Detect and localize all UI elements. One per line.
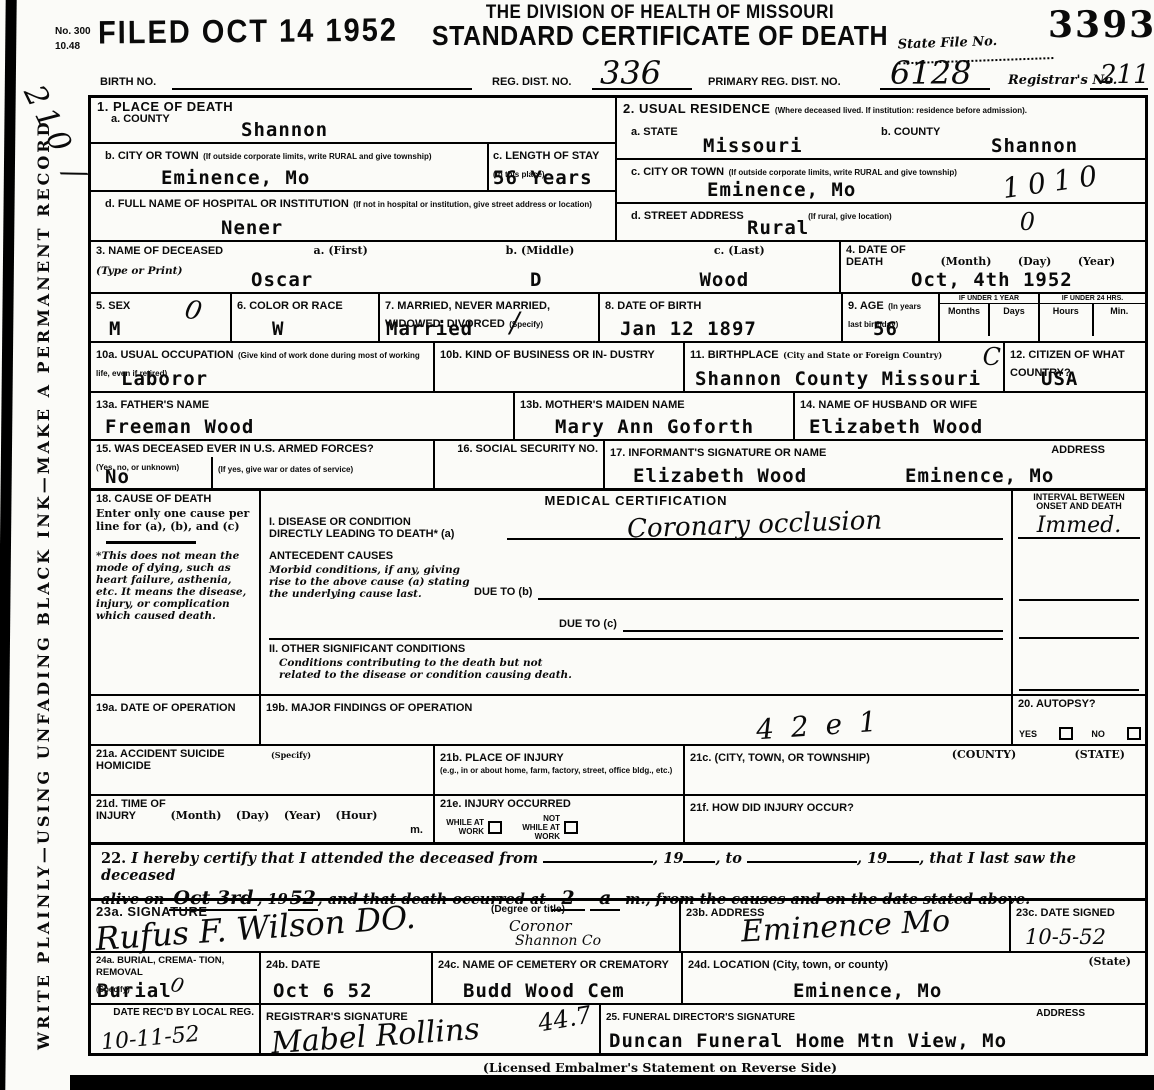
section-spouse: 14. NAME OF HUSBAND OR WIFE Elizabeth Wo…	[793, 393, 1145, 439]
injury-county-label: (COUNTY)	[952, 749, 1016, 761]
under-24-hrs-label: IF UNDER 24 HRS.	[1040, 294, 1145, 304]
date-received-label: DATE REC'D BY LOCAL REG.	[96, 1007, 254, 1019]
accident-label: 21a. ACCIDENT SUICIDE HOMICIDE	[96, 748, 256, 772]
scan-edge-bottom	[70, 1075, 1154, 1090]
armed-forces-value: No	[105, 466, 130, 488]
section-race: 6. COLOR OR RACE W	[230, 294, 378, 341]
section-father: 13a. FATHER'S NAME Freeman Wood	[91, 393, 513, 439]
street-address-value: Rural	[747, 217, 809, 239]
occupation-label: 10a. USUAL OCCUPATION	[96, 349, 234, 361]
reg-dist-value: 336	[600, 54, 661, 92]
section-autopsy: 20. AUTOPSY? YES NO	[1011, 696, 1145, 744]
cemetery-label: 24c. NAME OF CEMETERY OR CREMATORY	[438, 959, 669, 971]
antecedent-note: Morbid conditions, if any, giving rise t…	[269, 564, 474, 600]
cause-note2: *This does not mean the mode of dying, s…	[96, 550, 254, 622]
business-label: 10b. KIND OF BUSINESS OR IN- DUSTRY	[440, 349, 655, 361]
row-burial: 24a. BURIAL, CREMA- TION, REMOVAL (Speci…	[91, 951, 1145, 1003]
funeral-director-value: Duncan Funeral Home Mtn View, Mo	[609, 1030, 1007, 1052]
sex-scribble: 0	[183, 295, 205, 328]
margin-scribble: 210 /	[16, 80, 94, 191]
usual-residence-note: (Where deceased lived. If institution: r…	[775, 106, 1027, 115]
section-date-of-operation: 19a. DATE OF OPERATION	[91, 696, 259, 744]
row-medical-certification: 18. CAUSE OF DEATH Enter only one cause …	[91, 488, 1145, 694]
not-while-at-work-label: NOT WHILE AT WORK	[516, 814, 560, 841]
city-note: (If outside corporate limits, write RURA…	[203, 152, 431, 161]
place-of-death-label: 1. PLACE OF DEATH	[97, 101, 609, 113]
street-address-scribble: 0	[1020, 208, 1035, 236]
due-to-c-label: DUE TO (c)	[559, 618, 617, 630]
section-date-signed: 23c. DATE SIGNED 10-5-52	[1009, 901, 1145, 951]
row-operation: 19a. DATE OF OPERATION 19b. MAJOR FINDIN…	[91, 694, 1145, 744]
other-significant-conditions-label: II. OTHER SIGNIFICANT CONDITIONS	[269, 643, 1003, 655]
row-registrar: DATE REC'D BY LOCAL REG. 10-11-52 REGIST…	[91, 1003, 1145, 1053]
interval-blank-b	[1019, 599, 1139, 601]
other-significant-conditions-note: Conditions contributing to the death but…	[279, 657, 579, 681]
due-to-b-label: DUE TO (b)	[474, 586, 532, 598]
certify-seg2: , 19	[653, 850, 683, 867]
section-injury-location: 21c. (CITY, TOWN, OR TOWNSHIP) (COUNTY) …	[683, 746, 1145, 794]
sidebar-divider	[106, 541, 196, 544]
document-title: STANDARD CERTIFICATE OF DEATH	[330, 21, 990, 53]
disease-condition-label-line1: I. DISEASE OR CONDITION	[269, 516, 507, 528]
residence-city-note: (If outside corporate limits, write RURA…	[729, 168, 957, 177]
date-received-value: 10-11-52	[100, 1022, 201, 1056]
hours-label: Hours	[1040, 304, 1092, 336]
reg-dist-label: REG. DIST. NO.	[492, 76, 571, 88]
death-certificate-page: WRITE PLAINLY—USING UNFADING BLACK INK—M…	[0, 0, 1154, 1090]
time-of-injury-label: 21d. TIME OF INJURY	[96, 798, 166, 822]
section-cause-of-death-sidebar: 18. CAUSE OF DEATH Enter only one cause …	[91, 491, 259, 694]
certify-to-blank	[747, 861, 857, 863]
while-at-work-label: WHILE AT WORK	[440, 818, 484, 836]
ssn-label: 16. SOCIAL SECURITY NO.	[440, 443, 598, 455]
burial-location-state-label: (State)	[1088, 956, 1131, 968]
county-label: a. COUNTY	[111, 113, 609, 125]
date-of-operation-label: 19a. DATE OF OPERATION	[96, 702, 236, 714]
row-occupation: 10a. USUAL OCCUPATION (Give kind of work…	[91, 341, 1145, 391]
section-informant: 17. INFORMANT'S SIGNATURE OR NAME ADDRES…	[603, 441, 1145, 488]
reg-dist-blank	[592, 88, 692, 90]
primary-reg-value: 6128	[890, 54, 971, 92]
residence-city-value: Eminence, Mo	[707, 179, 856, 201]
interval-blank-d	[1019, 689, 1139, 691]
not-while-at-work-checkbox	[564, 821, 578, 834]
how-injury-occurred-label: 21f. HOW DID INJURY OCCUR?	[690, 802, 854, 814]
date-of-birth-value: Jan 12 1897	[620, 318, 757, 340]
physician-address-value: Eminence Mo	[740, 904, 951, 950]
row-injury-1: 21a. ACCIDENT SUICIDE HOMICIDE (Specify)…	[91, 744, 1145, 794]
death-day-label: (Day)	[1018, 255, 1051, 268]
injury-m-label: m.	[410, 824, 423, 836]
length-of-stay-label: c. LENGTH OF STAY	[493, 150, 599, 162]
father-label: 13a. FATHER'S NAME	[96, 399, 209, 411]
county-value: Shannon	[241, 119, 328, 141]
street-address-label: d. STREET ADDRESS	[631, 210, 744, 222]
residence-state-label: a. STATE	[631, 126, 678, 138]
section-cemetery: 24c. NAME OF CEMETERY OR CREMATORY Budd …	[431, 953, 681, 1003]
death-month-label: (Month)	[940, 255, 991, 268]
section-mother: 13b. MOTHER'S MAIDEN NAME Mary Ann Gofor…	[513, 393, 793, 439]
due-to-c-blank	[623, 614, 1003, 632]
date-of-death-value: Oct, 4th 1952	[911, 269, 1073, 291]
date-of-birth-label: 8. DATE OF BIRTH	[605, 300, 701, 312]
marital-scribble: /	[510, 306, 519, 339]
form-number-line1: No. 300	[55, 24, 91, 39]
certify-seg3: , to	[715, 850, 741, 867]
burial-location-value: Eminence, Mo	[793, 980, 942, 1002]
cause-of-death-label: 18. CAUSE OF DEATH	[96, 493, 254, 505]
margin-instruction: WRITE PLAINLY—USING UNFADING BLACK INK—M…	[34, 182, 53, 1050]
row-vitals: 5. SEX 0 M 6. COLOR OR RACE W 7. MARRIED…	[91, 292, 1145, 341]
burial-value: Burial	[97, 980, 172, 1002]
informant-name-value: Elizabeth Wood	[633, 465, 807, 487]
row-place-residence: 1. PLACE OF DEATH a. COUNTY Shannon b. C…	[91, 98, 1145, 240]
autopsy-no-checkbox	[1127, 727, 1141, 740]
citizen-value: USA	[1041, 368, 1078, 390]
birth-no-label: BIRTH NO.	[100, 76, 156, 88]
father-value: Freeman Wood	[105, 416, 254, 438]
interval-value: Immed.	[1037, 513, 1122, 538]
section-funeral-director: 25. FUNERAL DIRECTOR'S SIGNATURE ADDRESS…	[599, 1005, 1145, 1053]
section-injury-occurred: 21e. INJURY OCCURRED WHILE AT WORK NOT W…	[433, 796, 683, 842]
registrars-no-value: 211	[1100, 60, 1150, 90]
primary-reg-blank	[880, 88, 990, 90]
informant-label: 17. INFORMANT'S SIGNATURE OR NAME	[610, 447, 826, 459]
injury-day-label: (Day)	[236, 809, 269, 822]
death-year-label: (Year)	[1078, 255, 1115, 268]
length-of-stay-value: 56 Years	[493, 167, 593, 189]
section-burial-location: 24d. LOCATION (City, town, or county) (S…	[681, 953, 1145, 1003]
header: No. 300 10.48 FILED OCT 14 1952 THE DIVI…	[0, 0, 1154, 95]
burial-date-label: 24b. DATE	[266, 959, 320, 971]
while-at-work-checkbox	[488, 821, 502, 834]
middle-name-label: b. (Middle)	[443, 245, 636, 257]
date-of-death-label: 4. DATE OF DEATH	[846, 244, 910, 268]
first-name-label: a. (First)	[244, 245, 437, 257]
section-burial-type: 24a. BURIAL, CREMA- TION, REMOVAL (Speci…	[91, 953, 259, 1003]
funeral-director-label: 25. FUNERAL DIRECTOR'S SIGNATURE	[606, 1012, 795, 1023]
cause-of-death-value: Coronary occlusion	[627, 506, 883, 545]
sex-value: M	[109, 318, 121, 340]
row-family: 13a. FATHER'S NAME Freeman Wood 13b. MOT…	[91, 391, 1145, 439]
burial-location-label: 24d. LOCATION (City, town, or county)	[688, 959, 888, 971]
place-of-injury-note: (e.g., in or about home, farm, factory, …	[440, 766, 678, 775]
section-time-of-injury: 21d. TIME OF INJURY (Month) (Day) (Year)…	[91, 796, 433, 842]
residence-city-scribble: 1010	[1000, 158, 1107, 205]
injury-occurred-label: 21e. INJURY OCCURRED	[440, 798, 678, 810]
certify-from-blank	[543, 861, 653, 863]
residence-city-label: c. CITY OR TOWN	[631, 166, 724, 178]
residence-county-label: b. COUNTY	[881, 126, 940, 138]
degree-value-line2: Shannon Co	[515, 933, 601, 949]
birthplace-value: Shannon County Missouri	[695, 368, 981, 390]
due-to-b-blank	[538, 582, 1003, 600]
major-findings-scribble: 4 2 e 1	[755, 705, 882, 747]
section-armed-forces: 15. WAS DECEASED EVER IN U.S. ARMED FORC…	[91, 441, 433, 488]
city-label: b. CITY OR TOWN	[105, 150, 199, 162]
injury-month-label: (Month)	[170, 809, 221, 822]
row-injury-2: 21d. TIME OF INJURY (Month) (Day) (Year)…	[91, 794, 1145, 842]
registrars-no-blank	[1090, 88, 1148, 90]
informant-address-value: Eminence, Mo	[905, 465, 1054, 487]
interval-blank-c	[1019, 637, 1139, 639]
section-marital-status: 7. MARRIED, NEVER MARRIED, WIDOWED, DIVO…	[378, 294, 598, 341]
mother-label: 13b. MOTHER'S MAIDEN NAME	[520, 399, 685, 411]
marital-value: Married	[386, 318, 473, 340]
under-1-year-label: IF UNDER 1 YEAR	[940, 294, 1038, 304]
injury-hour-label: (Hour)	[336, 809, 378, 822]
race-label: 6. COLOR OR RACE	[237, 300, 343, 312]
section-name-of-deceased: 3. NAME OF DECEASED (Type or Print) a. (…	[91, 242, 839, 292]
residence-county-value: Shannon	[991, 135, 1078, 157]
section-occupation: 10a. USUAL OCCUPATION (Give kind of work…	[91, 343, 433, 391]
row-service-informant: 15. WAS DECEASED EVER IN U.S. ARMED FORC…	[91, 439, 1145, 488]
cemetery-value: Budd Wood Cem	[463, 980, 625, 1002]
funeral-director-address-label: ADDRESS	[1036, 1008, 1085, 1020]
section-accident-suicide-homicide: 21a. ACCIDENT SUICIDE HOMICIDE (Specify)	[91, 746, 433, 794]
injury-state-label: (STATE)	[1075, 749, 1125, 761]
months-label: Months	[940, 304, 988, 336]
age-value: 56	[873, 318, 898, 340]
usual-residence-label: 2. USUAL RESIDENCE	[623, 101, 770, 116]
certify-year1-blank	[683, 861, 715, 863]
medical-certification-title: MEDICAL CERTIFICATION	[269, 493, 1003, 508]
middle-name-value: D	[530, 269, 542, 291]
section-place-of-death: 1. PLACE OF DEATH a. COUNTY Shannon b. C…	[91, 98, 615, 240]
row-name-deathdate: 3. NAME OF DECEASED (Type or Print) a. (…	[91, 240, 1145, 292]
autopsy-yes-checkbox	[1059, 727, 1073, 740]
registration-line: BIRTH NO. REG. DIST. NO. 336 PRIMARY REG…	[100, 58, 1150, 94]
section-sex: 5. SEX 0 M	[91, 294, 230, 341]
section-registrar-signature: REGISTRAR'S SIGNATURE Mabel Rollins 44.7	[259, 1005, 599, 1053]
major-findings-label: 19b. MAJOR FINDINGS OF OPERATION	[266, 702, 472, 714]
section-age-under-24-hrs: IF UNDER 24 HRS. Hours Min.	[1038, 294, 1145, 341]
autopsy-yes-label: YES	[1019, 729, 1037, 739]
certificate-form: 1. PLACE OF DEATH a. COUNTY Shannon b. C…	[88, 95, 1148, 1056]
name-of-deceased-label: 3. NAME OF DECEASED	[96, 245, 236, 257]
city-value: Eminence, Mo	[161, 167, 310, 189]
certify-number: 22.	[101, 850, 126, 867]
section-usual-residence: 2. USUAL RESIDENCE (Where deceased lived…	[615, 98, 1145, 240]
informant-address-label: ADDRESS	[1051, 444, 1105, 456]
place-of-injury-label: 21b. PLACE OF INJURY	[440, 752, 564, 764]
birthplace-note: (City and State or Foreign Country)	[783, 350, 942, 360]
birthplace-scribble: C	[983, 343, 1001, 371]
autopsy-label: 20. AUTOPSY?	[1018, 698, 1140, 710]
section-date-of-death: 4. DATE OF DEATH (Month) (Day) (Year) Oc…	[839, 242, 1145, 292]
birthplace-label: 11. BIRTHPLACE	[690, 349, 779, 361]
accident-note: (Specify)	[271, 751, 311, 760]
degree-or-title-note: (Degree or title)	[491, 905, 565, 914]
date-signed-label: 23c. DATE SIGNED	[1016, 907, 1115, 919]
section-interval: INTERVAL BETWEEN ONSET AND DEATH Immed.	[1011, 491, 1145, 694]
disease-condition-sub: (a)	[441, 528, 454, 540]
sex-label: 5. SEX	[96, 300, 130, 312]
row-signature: 23a. SIGNATURE (Degree or title) Rufus F…	[91, 898, 1145, 951]
section-certify-statement: 22. I hereby certify that I attended the…	[91, 842, 1145, 898]
section-age-under-1-year: IF UNDER 1 YEAR Months Days	[938, 294, 1038, 341]
section-date-received: DATE REC'D BY LOCAL REG. 10-11-52	[91, 1005, 259, 1053]
birth-no-blank	[172, 88, 472, 90]
date-signed-value: 10-5-52	[1025, 925, 1106, 949]
spouse-label: 14. NAME OF HUSBAND OR WIFE	[800, 399, 977, 411]
last-name-value: Wood	[699, 269, 749, 291]
burial-date-value: Oct 6 52	[273, 980, 373, 1002]
occupation-value: Laboror	[121, 368, 208, 390]
section-physician-address: 23b. ADDRESS Eminence Mo	[679, 901, 1009, 951]
interval-label: INTERVAL BETWEEN ONSET AND DEATH	[1018, 493, 1140, 511]
first-name-value: Oscar	[251, 269, 313, 291]
section-burial-date: 24b. DATE Oct 6 52	[259, 953, 431, 1003]
type-or-print-note: (Type or Print)	[96, 265, 236, 277]
form-number-line2: 10.48	[55, 39, 91, 54]
certify-seg1: I hereby certify that I attended the dec…	[131, 850, 538, 867]
injury-city-label: 21c. (CITY, TOWN, OR TOWNSHIP)	[690, 752, 870, 764]
street-address-note: (If rural, give location)	[808, 212, 892, 221]
section-age: 9. AGE (In years last birthday) 56	[841, 294, 938, 341]
spouse-value: Elizabeth Wood	[809, 416, 983, 438]
embalmer-note: (Licensed Embalmer's Statement on Revers…	[330, 1060, 990, 1075]
section-business: 10b. KIND OF BUSINESS OR IN- DUSTRY	[433, 343, 683, 391]
primary-reg-label: PRIMARY REG. DIST. NO.	[708, 76, 841, 88]
mother-value: Mary Ann Goforth	[555, 416, 754, 438]
section-medical-certification: MEDICAL CERTIFICATION I. DISEASE OR COND…	[259, 491, 1011, 694]
cause-note1: Enter only one cause per line for (a), (…	[96, 507, 254, 533]
race-value: W	[272, 318, 284, 340]
hospital-note: (If not in hospital or institution, give…	[353, 200, 592, 209]
section-birthplace: 11. BIRTHPLACE (City and State or Foreig…	[683, 343, 1003, 391]
section-major-findings: 19b. MAJOR FINDINGS OF OPERATION 4 2 e 1	[259, 696, 1011, 744]
section-place-of-injury: 21b. PLACE OF INJURY (e.g., in or about …	[433, 746, 683, 794]
injury-year-label: (Year)	[284, 809, 321, 822]
registrar-scribble: 44.7	[536, 1001, 593, 1038]
hospital-label: d. FULL NAME OF HOSPITAL OR INSTITUTION	[105, 198, 349, 210]
hospital-value: Nener	[221, 217, 283, 239]
section-date-of-birth: 8. DATE OF BIRTH Jan 12 1897	[598, 294, 841, 341]
scan-edge-left	[0, 0, 17, 1090]
days-label: Days	[988, 304, 1038, 336]
min-label: Min.	[1092, 304, 1146, 336]
residence-state-value: Missouri	[703, 135, 803, 157]
section-citizen: 12. CITIZEN OF WHAT COUNTRY? USA	[1003, 343, 1145, 391]
certify-seg4: , 19	[857, 850, 887, 867]
section-how-injury-occurred: 21f. HOW DID INJURY OCCUR?	[683, 796, 1145, 842]
certify-year2-blank	[887, 861, 919, 863]
disease-condition-label-line2: DIRECTLY LEADING TO DEATH*	[269, 528, 438, 540]
antecedent-causes-label: ANTECEDENT CAUSES	[269, 550, 1003, 562]
armed-forces-label: 15. WAS DECEASED EVER IN U.S. ARMED FORC…	[91, 441, 433, 457]
form-number: No. 300 10.48	[55, 24, 91, 54]
autopsy-no-label: NO	[1091, 729, 1105, 739]
section-physician-signature: 23a. SIGNATURE (Degree or title) Rufus F…	[91, 901, 679, 951]
armed-forces-note2: (If yes, give war or dates of service)	[218, 465, 353, 474]
last-name-label: c. (Last)	[643, 245, 836, 257]
section-ssn: 16. SOCIAL SECURITY NO.	[433, 441, 603, 488]
age-label: 9. AGE	[848, 300, 884, 312]
